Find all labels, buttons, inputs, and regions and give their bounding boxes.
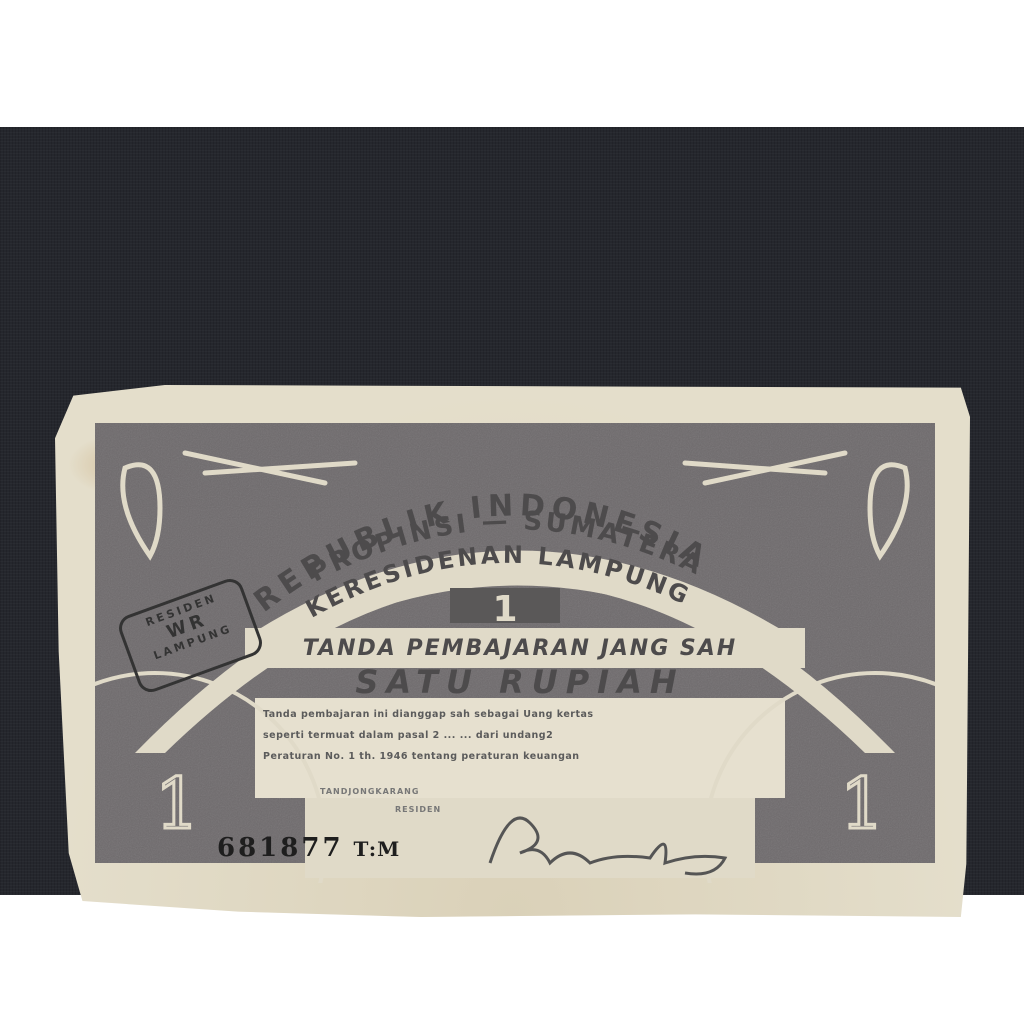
serial-digits: 681877 xyxy=(217,833,344,863)
place-line: TANDJONGKARANG xyxy=(320,787,419,796)
photo-background: REPUBLIK INDONESIA PROPINSI — SUMATERA K… xyxy=(0,127,1024,895)
banknote: REPUBLIK INDONESIA PROPINSI — SUMATERA K… xyxy=(55,385,970,917)
legal-text-block: Tanda pembajaran ini dianggap sah sebaga… xyxy=(263,704,743,767)
serial-number: 681877T:M xyxy=(217,833,400,863)
place-line-2: RESIDEN xyxy=(395,805,441,814)
legal-text-line: seperti termuat dalam pasal 2 ... ... da… xyxy=(263,725,743,746)
legal-text-line: Peraturan No. 1 th. 1946 tentang peratur… xyxy=(263,746,743,767)
serial-suffix: T:M xyxy=(354,837,401,861)
legal-text-line: Tanda pembajaran ini dianggap sah sebaga… xyxy=(263,704,743,725)
center-denomination: 1 xyxy=(492,589,517,630)
value-words: SATU RUPIAH xyxy=(355,663,684,701)
legal-tender-text: TANDA PEMBAJARAN JANG SAH xyxy=(303,636,737,661)
corner-denomination-right: 1 xyxy=(840,763,885,845)
corner-denomination-left: 1 xyxy=(155,763,200,845)
